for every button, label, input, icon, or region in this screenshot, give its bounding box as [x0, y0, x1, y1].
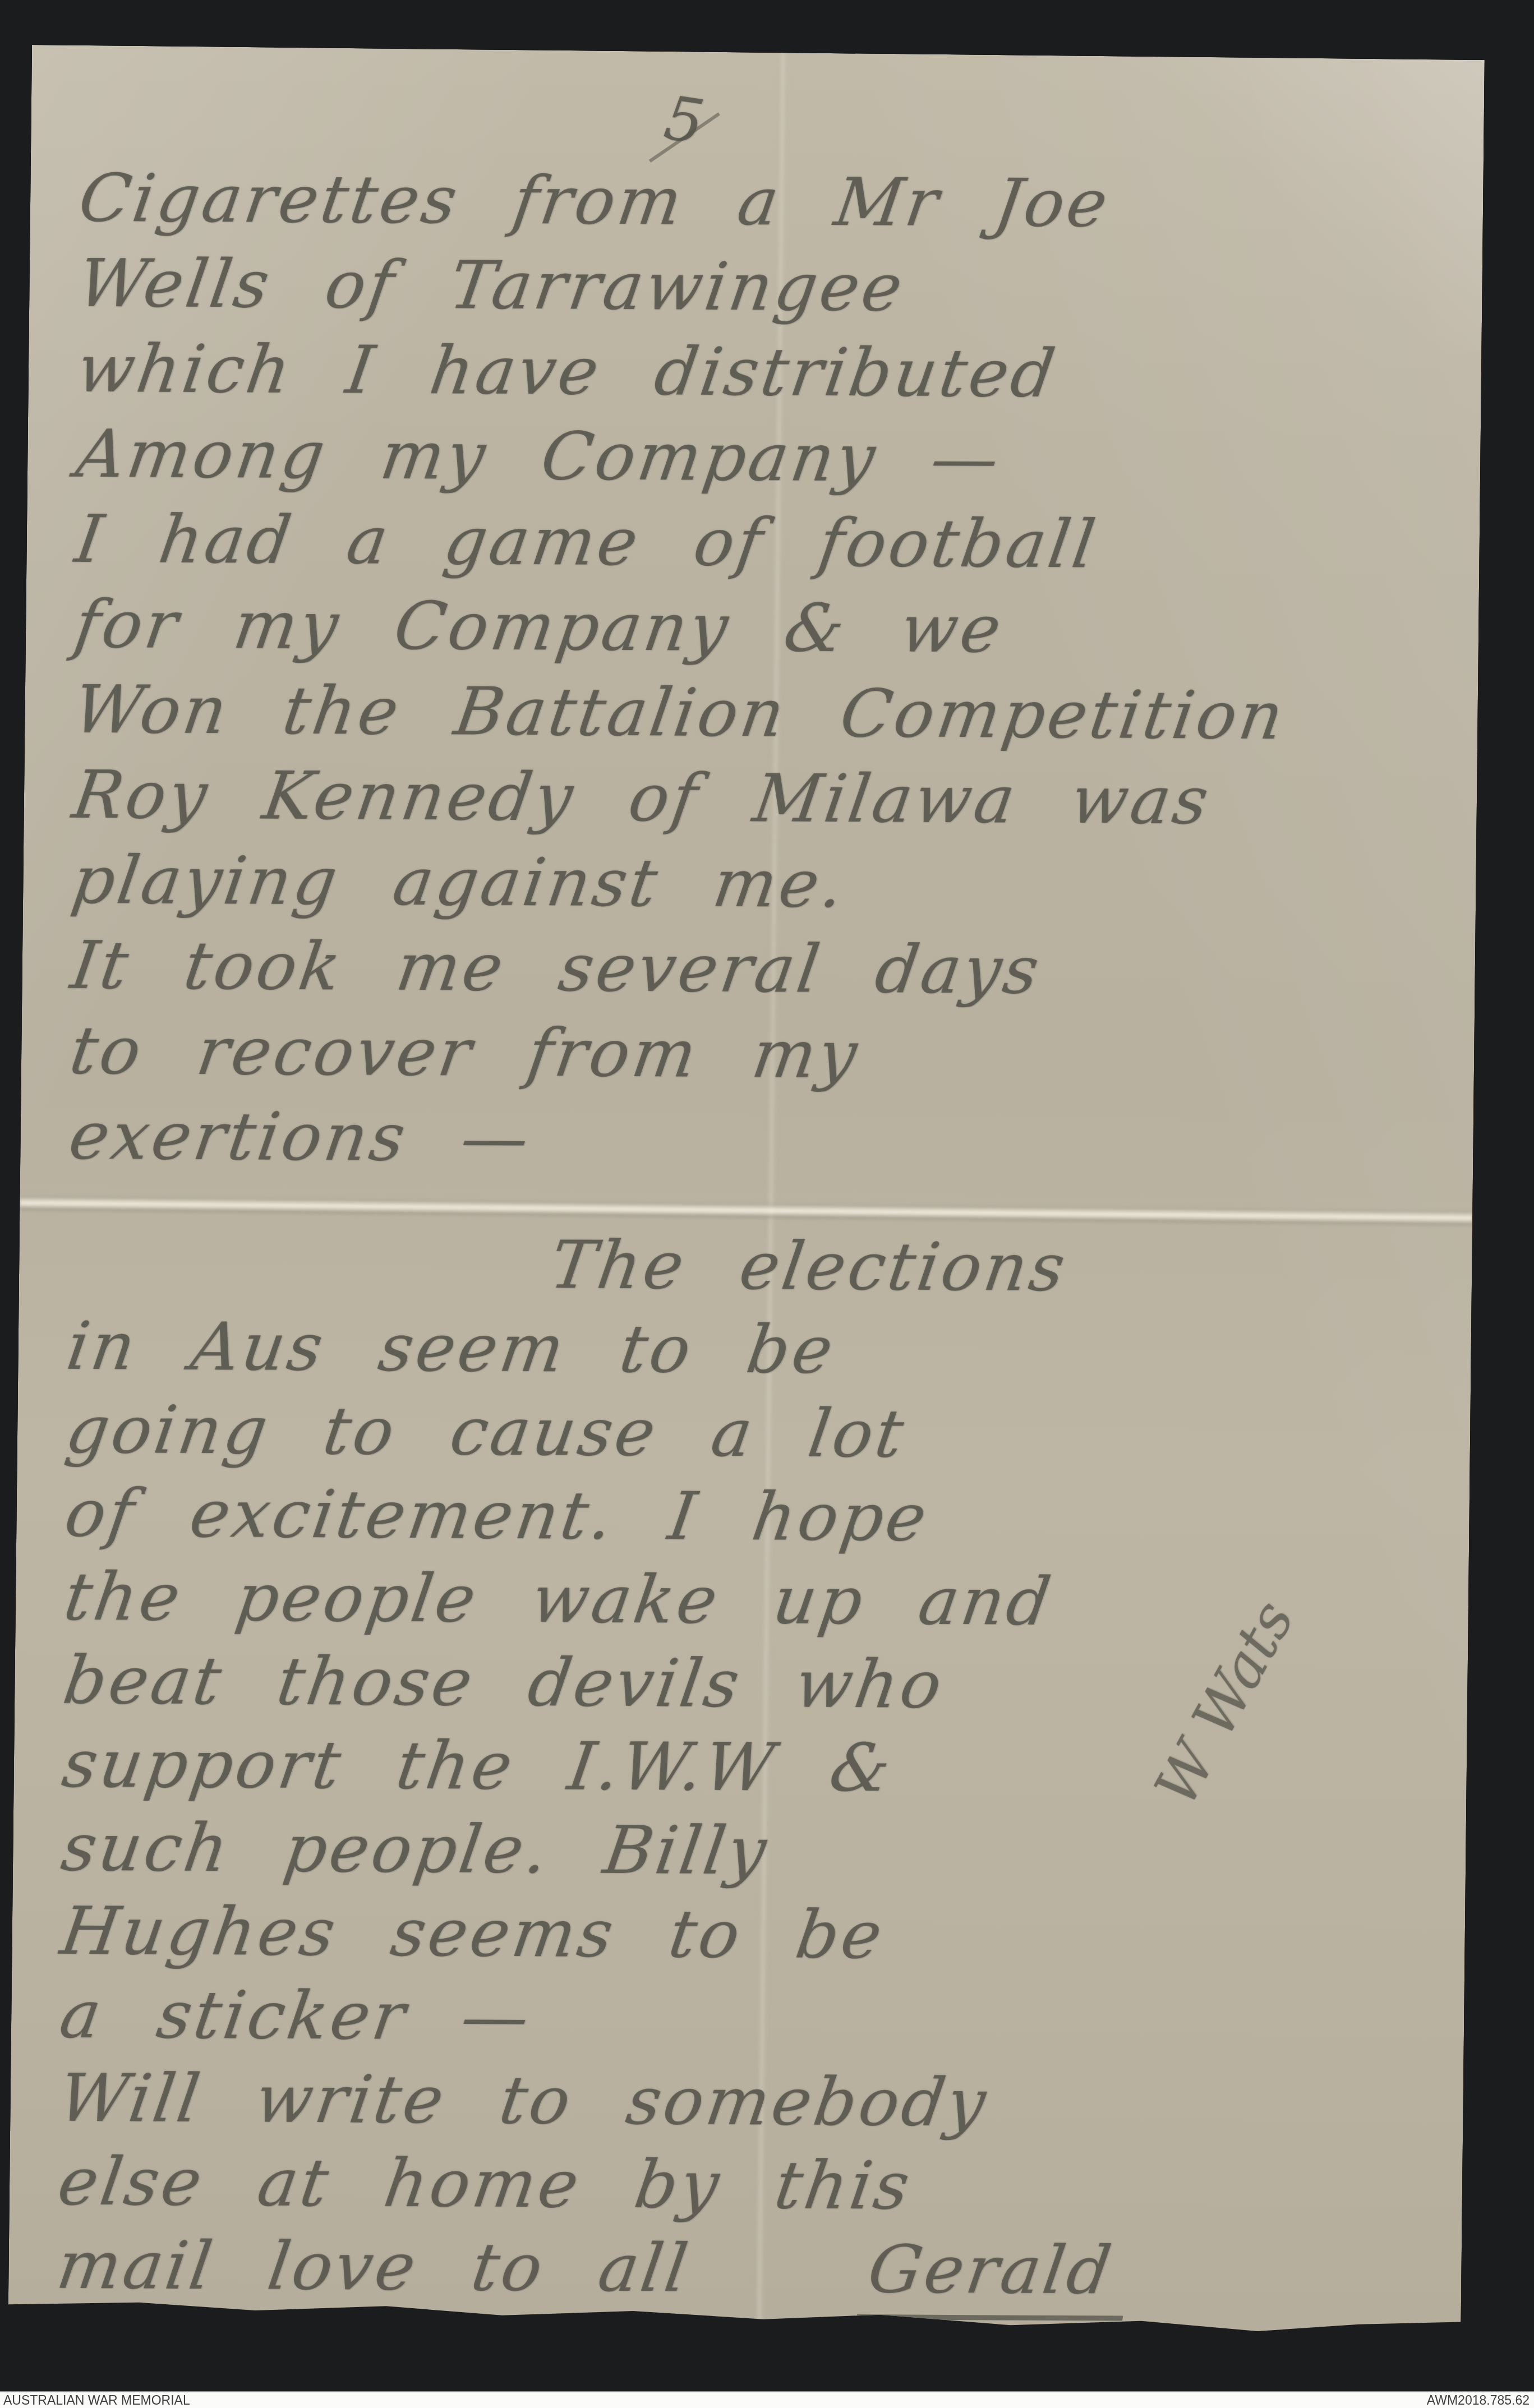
letter-line: else at home by this	[53, 2140, 1458, 2231]
letter-line: I had a game of football	[70, 496, 1476, 589]
letter-line: Wells of Tarrawingee	[73, 241, 1478, 333]
closing-text: mail love to all	[52, 2224, 695, 2310]
letter-page-scan: 5 Cigarettes from a Mr Joe Wells of Tarr…	[8, 45, 1485, 2336]
letter-closing-line: mail love to all Gerald	[52, 2224, 1458, 2314]
letter-line: going to cause a lot	[61, 1388, 1466, 1479]
institution-label: AUSTRALIAN WAR MEMORIAL	[3, 2392, 190, 2408]
letter-line: playing against me.	[67, 837, 1472, 930]
letter-line: which I have distributed	[72, 326, 1477, 418]
letter-line: The elections	[62, 1221, 1468, 1312]
letter-paragraph-1: Cigarettes from a Mr Joe Wells of Tarraw…	[64, 155, 1467, 1193]
catalogue-footer-bar: AUSTRALIAN WAR MEMORIAL AWM2018.785.62	[0, 2391, 1534, 2408]
letter-line: to recover from my	[65, 1008, 1470, 1100]
letter-line: It took me several days	[66, 922, 1471, 1015]
letter-line: support the I.W.W &	[57, 1722, 1463, 1813]
letter-line: Among my Company —	[71, 411, 1477, 504]
letter-line: such people. Billy	[57, 1806, 1462, 1897]
letter-line: for my Company & we	[69, 582, 1475, 674]
letter-line: exertions —	[64, 1093, 1469, 1185]
accession-number: AWM2018.785.62	[1427, 2392, 1530, 2408]
signature: Gerald	[856, 2227, 1135, 2321]
letter-line: in Aus seem to be	[62, 1304, 1467, 1395]
letter-line: Will write to somebody	[54, 2056, 1459, 2147]
letter-line: Hughes seems to be	[56, 1889, 1461, 1980]
letter-line: Roy Kennedy of Milawa was	[67, 752, 1473, 845]
letter-line: Won the Battalion Competition	[68, 667, 1474, 759]
letter-line: of excitement. I hope	[60, 1471, 1466, 1562]
letter-paragraph-2: The elections in Aus seem to be going to…	[52, 1221, 1455, 2322]
letter-line: a sticker —	[54, 1973, 1460, 2064]
letter-line: Cigarettes from a Mr Joe	[73, 155, 1479, 248]
